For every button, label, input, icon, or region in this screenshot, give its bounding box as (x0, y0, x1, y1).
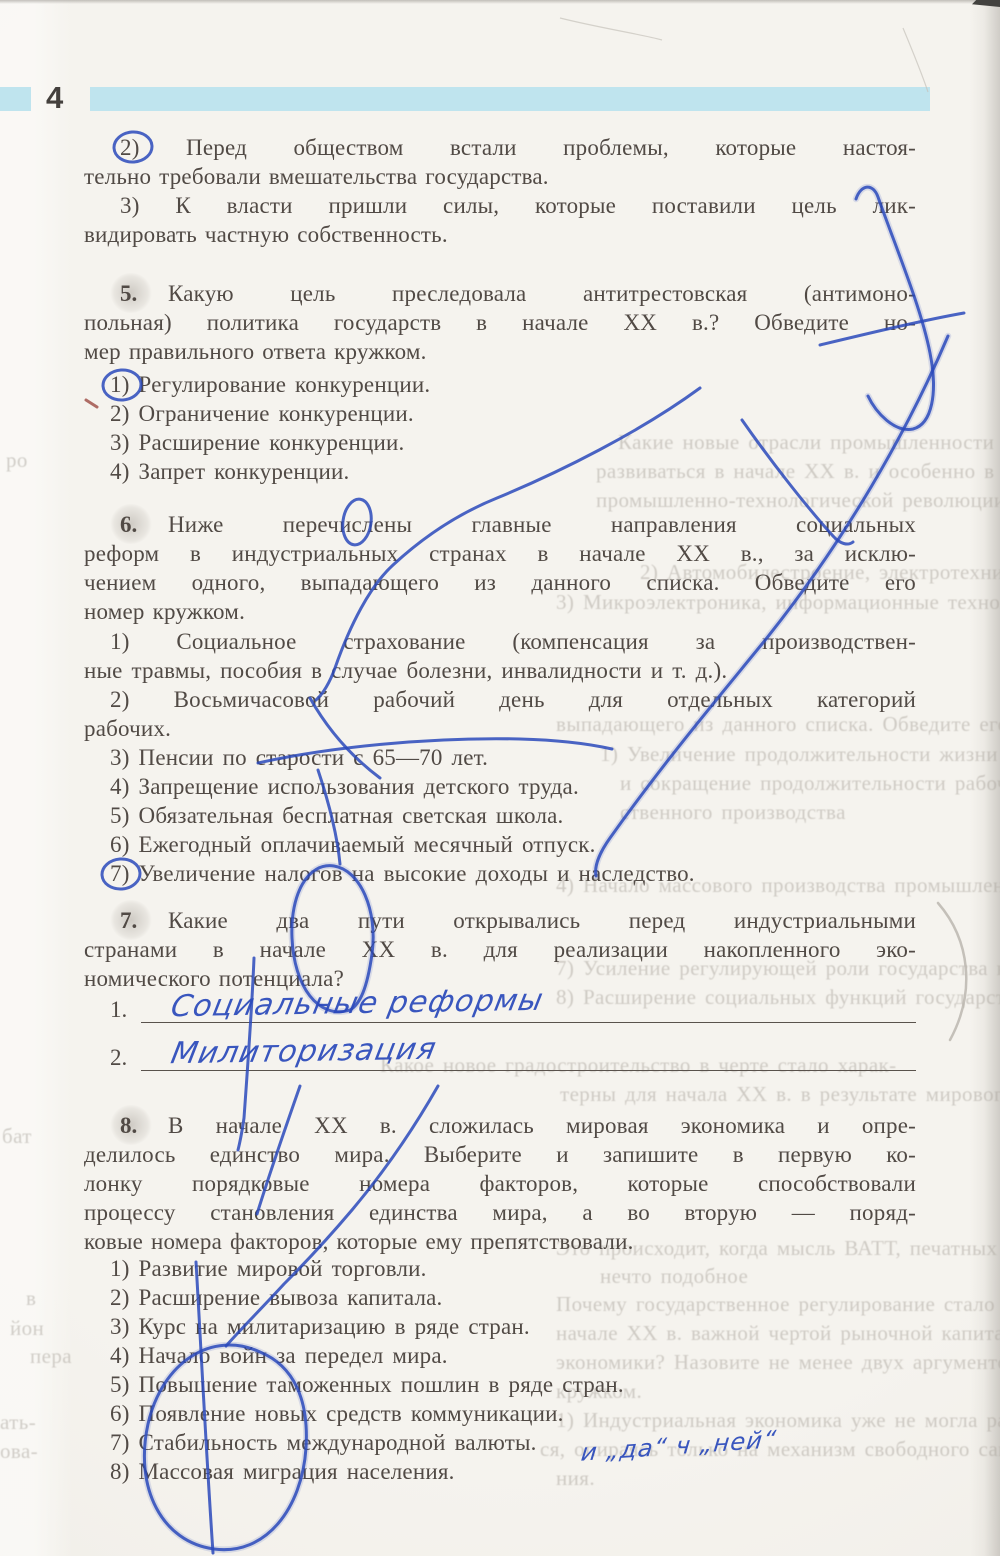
header-bar-left-stub (0, 87, 31, 111)
option-line: 1) Регулирование конкуренции. (84, 370, 916, 399)
answer-2-label: 2. (84, 1045, 127, 1071)
text-line: странами в начале XX в. для реализации н… (84, 935, 916, 964)
question-7-number: 7. (120, 906, 137, 935)
question-8-options: 1) Развитие мировой торговли.2) Расширен… (84, 1254, 916, 1486)
question-6-options: 1) Социальное страхование (компенсация з… (84, 627, 916, 888)
bleedthrough-text: ать- (0, 1410, 36, 1435)
text-line: польная) политика государств в начале XX… (84, 308, 916, 337)
intro-item-2: 2) Перед обществом встали проблемы, кото… (84, 133, 916, 191)
intro-item-3: 3) К власти пришли силы, которые постави… (84, 191, 916, 249)
text-line: видировать частную собственность. (84, 220, 916, 249)
option-line: 3) Курс на милитаризацию в ряде стран. (84, 1312, 916, 1341)
question-5-text: Какую цель преследовала антитрестовская … (84, 279, 916, 366)
option-line: 1) Развитие мировой торговли. (84, 1254, 916, 1283)
workbook-page: Какие новые отрасли промышленности стали… (0, 0, 1000, 1556)
bleedthrough-text: йон (10, 1316, 44, 1341)
option-line: 6) Появление новых средств коммуникации. (84, 1399, 916, 1428)
bleedthrough-text: ова- (0, 1439, 38, 1464)
option-line: 7) Стабильность международной валюты. (84, 1428, 916, 1457)
option-line: 8) Массовая миграция населения. (84, 1457, 916, 1486)
option-line: 4) Запрещение использования детского тру… (84, 772, 916, 801)
option-line: 4) Начало войн за передел мира. (84, 1341, 916, 1370)
option-line: рабочих. (84, 714, 916, 743)
text-line: мер правильного ответа кружком. (84, 337, 916, 366)
option-line: 4) Запрет конкуренции. (84, 457, 916, 486)
text-line: процессу становления единства мира, а во… (84, 1198, 916, 1227)
text-line: реформ в индустриальных странах в начале… (84, 539, 916, 568)
option-line: 2) Расширение вывоза капитала. (84, 1283, 916, 1312)
option-line: 5) Повышение таможенных пошлин в ряде ст… (84, 1370, 916, 1399)
question-8-text: В начале XX в. сложилась мировая экономи… (84, 1111, 916, 1256)
question-5-number: 5. (120, 279, 137, 308)
scan-scratch (903, 28, 928, 92)
question-6: 6. Ниже перечислены главные направления … (84, 510, 916, 626)
bleedthrough-text: бат (2, 1124, 32, 1149)
option-line: ные травмы, пособия в случае болезни, ин… (84, 656, 916, 685)
question-5-options: 1) Регулирование конкуренции.2) Ограниче… (84, 370, 916, 486)
answer-1-label: 1. (84, 997, 127, 1023)
header-bar (90, 87, 930, 111)
option-line: 3) Расширение конкуренции. (84, 428, 916, 457)
text-line: номер кружком. (84, 597, 916, 626)
option-line: 2) Ограничение конкуренции. (84, 399, 916, 428)
option-line: 6) Ежегодный оплачиваемый месячный отпус… (84, 830, 916, 859)
option-line: 3) Пенсии по старости с 65—70 лет. (84, 743, 916, 772)
question-5: 5. Какую цель преследовала антитрестовск… (84, 279, 916, 366)
page-number: 4 (46, 80, 64, 116)
text-line: 2) Перед обществом встали проблемы, кото… (84, 133, 916, 162)
bleedthrough-text: пера (30, 1344, 72, 1369)
text-line: чением одного, выпадающего из данного сп… (84, 568, 916, 597)
scan-scratch (560, 18, 662, 40)
question-7: 7. Какие два пути открывались перед инду… (84, 906, 916, 993)
bleedthrough-text: в (26, 1286, 36, 1311)
option-line: 7) Увеличение налогов на высокие доходы … (84, 859, 916, 888)
text-line: В начале XX в. сложилась мировая экономи… (84, 1111, 916, 1140)
option-line: 1) Социальное страхование (компенсация з… (84, 627, 916, 656)
handwritten-answer-2: Милиторизация (168, 1032, 440, 1072)
text-line: ковые номера факторов, которые ему препя… (84, 1227, 916, 1256)
text-line: лонку порядковые номера факторов, которы… (84, 1169, 916, 1198)
pencil-parenthesis (938, 903, 966, 1040)
handwritten-answer-1: Социальные реформы (168, 983, 547, 1024)
question-6-number: 6. (120, 510, 137, 539)
text-line: делилось единство мира. Выберите и запиш… (84, 1140, 916, 1169)
scan-corner-artifact (972, 0, 1000, 7)
text-line: Ниже перечислены главные направления соц… (84, 510, 916, 539)
bleedthrough-text: ро (6, 448, 28, 473)
option-line: 5) Обязательная бесплатная светская школ… (84, 801, 916, 830)
text-line: тельно требовали вмешательства государст… (84, 162, 916, 191)
text-line: Какую цель преследовала антитрестовская … (84, 279, 916, 308)
text-line: Какие два пути открывались перед индустр… (84, 906, 916, 935)
question-8-number: 8. (120, 1111, 137, 1140)
question-7-text: Какие два пути открывались перед индустр… (84, 906, 916, 993)
option-line: 2) Восьмичасовой рабочий день для отдель… (84, 685, 916, 714)
text-line: 3) К власти пришли силы, которые постави… (84, 191, 916, 220)
page-content: 2) Перед обществом встали проблемы, кото… (84, 133, 916, 1486)
question-8: 8. В начале XX в. сложилась мировая экон… (84, 1111, 916, 1256)
question-6-text: Ниже перечислены главные направления соц… (84, 510, 916, 626)
